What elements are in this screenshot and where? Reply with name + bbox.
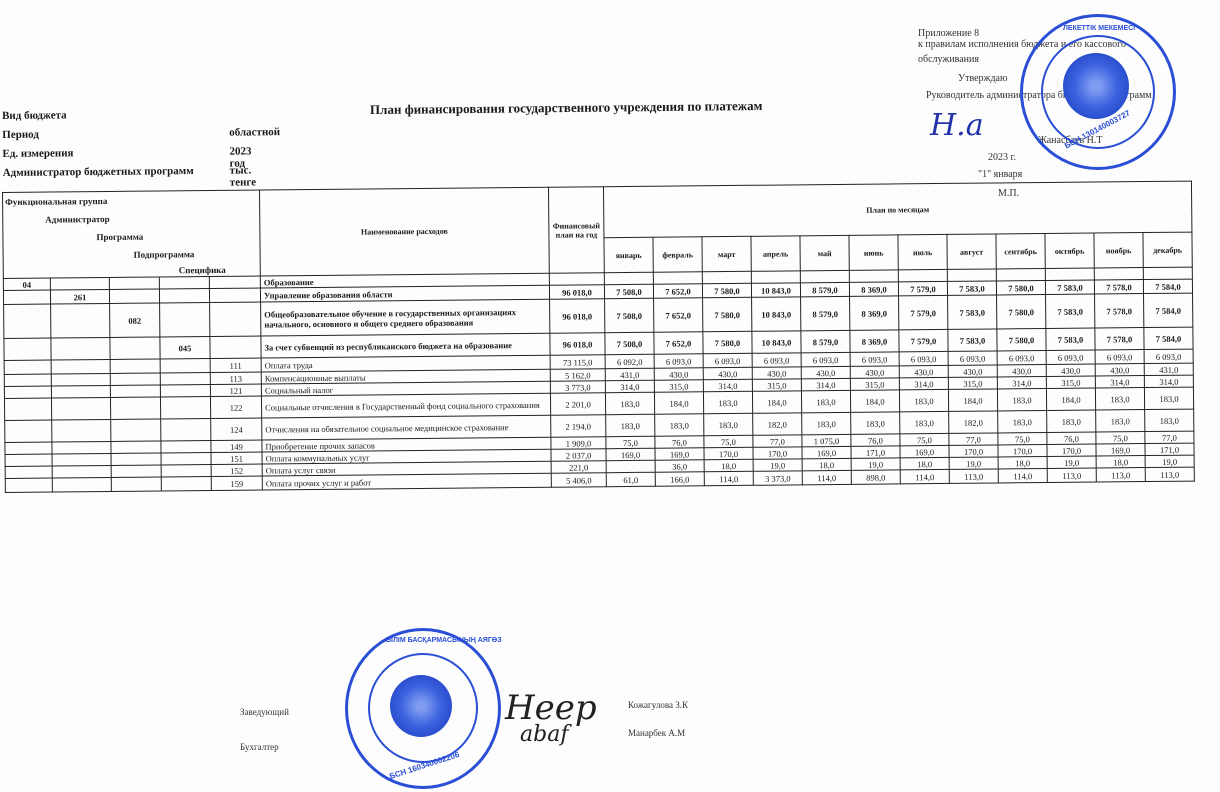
code-cell <box>159 277 209 289</box>
code-cell <box>50 277 109 290</box>
month-value-cell: 183,0 <box>703 391 752 413</box>
header-month: март <box>702 236 751 271</box>
month-value-cell <box>800 270 849 282</box>
month-value-cell: 75,0 <box>704 435 753 447</box>
month-value-cell: 170,0 <box>753 447 802 459</box>
code-cell <box>109 289 159 303</box>
header-functional-group: Функциональная группа <box>5 196 107 207</box>
month-value-cell: 18,0 <box>998 456 1047 468</box>
month-value-cell: 113,0 <box>949 469 998 483</box>
month-value-cell: 183,0 <box>899 389 948 411</box>
month-value-cell: 7 580,0 <box>996 280 1045 294</box>
month-value-cell: 430,0 <box>899 365 948 377</box>
month-value-cell: 6 093,0 <box>948 351 997 365</box>
code-cell <box>51 337 110 360</box>
code-cell: 04 <box>3 278 50 290</box>
month-value-cell: 183,0 <box>1096 410 1145 432</box>
month-value-cell: 7 579,0 <box>898 281 947 295</box>
header-program: Программа <box>96 232 143 242</box>
code-cell <box>3 290 50 304</box>
month-value-cell: 7 584,0 <box>1144 293 1193 327</box>
month-value-cell: 315,0 <box>654 380 703 392</box>
month-value-cell: 75,0 <box>900 433 949 445</box>
month-value-cell: 183,0 <box>1144 387 1193 409</box>
stamp-ring-text: БІЛІМ БАСҚАРМАСЫНЫҢ АЯГӨЗ <box>386 637 502 644</box>
month-value-cell: 183,0 <box>605 392 654 414</box>
month-value-cell: 430,0 <box>948 365 997 377</box>
month-value-cell: 6 093,0 <box>997 350 1046 364</box>
month-value-cell: 169,0 <box>802 446 851 458</box>
code-cell <box>52 419 111 442</box>
header-month: август <box>947 234 996 269</box>
approval-line: "1" января <box>978 169 1152 180</box>
month-value-cell: 182,0 <box>949 411 998 433</box>
code-cell <box>209 276 260 288</box>
code-cell: 045 <box>160 337 210 359</box>
month-value-cell: 18,0 <box>1096 456 1145 468</box>
month-value-cell: 183,0 <box>655 414 704 436</box>
code-cell <box>110 397 160 419</box>
month-value-cell: 314,0 <box>899 377 948 389</box>
month-value-cell: 3 373,0 <box>753 471 802 485</box>
code-cell <box>51 397 110 420</box>
month-value-cell: 18,0 <box>704 459 753 471</box>
month-value-cell: 314,0 <box>1095 376 1144 388</box>
emblem-icon <box>1063 53 1129 119</box>
month-value-cell: 7 652,0 <box>653 284 702 298</box>
meta-label: Ед. измерения <box>2 147 73 160</box>
month-value-cell: 77,0 <box>949 433 998 445</box>
month-value-cell: 8 579,0 <box>801 330 850 352</box>
code-cell <box>160 373 210 385</box>
month-value-cell: 430,0 <box>801 366 850 378</box>
month-value-cell <box>947 269 996 281</box>
month-value-cell <box>606 460 655 472</box>
month-value-cell: 114,0 <box>704 471 753 485</box>
month-value-cell: 76,0 <box>851 434 900 446</box>
month-value-cell: 184,0 <box>1046 388 1095 410</box>
code-cell <box>4 386 51 398</box>
month-value-cell: 7 578,0 <box>1095 294 1144 328</box>
month-value-cell: 7 583,0 <box>948 295 997 329</box>
code-cell <box>161 453 211 465</box>
month-value-cell: 10 843,0 <box>752 297 801 331</box>
accountant-name: Манарбек А.М <box>628 728 685 738</box>
header-month: июнь <box>849 235 898 270</box>
month-value-cell: 183,0 <box>1095 388 1144 410</box>
month-value-cell: 8 579,0 <box>800 282 849 296</box>
month-value-cell: 169,0 <box>1096 444 1145 456</box>
month-value-cell: 171,0 <box>1145 443 1194 455</box>
month-value-cell <box>604 272 653 284</box>
month-value-cell: 171,0 <box>851 446 900 458</box>
month-value-cell: 6 093,0 <box>1046 350 1095 364</box>
month-value-cell: 430,0 <box>850 366 899 378</box>
head-name: Кожагулова З.К <box>628 700 688 710</box>
header-month: сентябрь <box>996 233 1045 268</box>
month-value-cell: 170,0 <box>1047 444 1096 456</box>
header-month: январь <box>604 237 653 272</box>
month-value-cell: 8 579,0 <box>801 296 850 330</box>
month-value-cell: 8 369,0 <box>850 296 899 330</box>
code-cell <box>5 454 52 466</box>
month-value-cell: 183,0 <box>802 412 851 434</box>
month-value-cell: 18,0 <box>900 457 949 469</box>
month-value-cell: 314,0 <box>801 378 850 390</box>
month-value-cell: 170,0 <box>998 444 1047 456</box>
annual-plan-cell: 73 115,0 <box>550 355 605 370</box>
header-expense-name: Наименование расходов <box>259 187 549 276</box>
month-value-cell: 7 578,0 <box>1095 328 1144 350</box>
month-value-cell: 183,0 <box>704 413 753 435</box>
month-value-cell: 7 583,0 <box>1046 328 1095 350</box>
month-value-cell: 113,0 <box>1047 468 1096 482</box>
month-value-cell <box>898 269 947 281</box>
meta-row: Вид бюджета <box>2 108 193 129</box>
month-value-cell: 75,0 <box>998 432 1047 444</box>
expense-name-cell: Общеобразовательное обучение в государст… <box>261 299 550 336</box>
month-value-cell: 183,0 <box>1145 409 1194 431</box>
month-value-cell: 183,0 <box>900 411 949 433</box>
header-subprogram: Подпрограмма <box>134 249 195 260</box>
code-cell <box>4 304 51 338</box>
month-value-cell: 77,0 <box>1145 431 1194 443</box>
expense-name-cell: Отчисления на обязательное социальное ме… <box>262 415 551 440</box>
month-value-cell: 10 843,0 <box>752 331 801 353</box>
month-value-cell: 19,0 <box>851 458 900 470</box>
month-value-cell: 7 580,0 <box>997 328 1046 350</box>
month-value-cell <box>996 268 1045 280</box>
code-cell: 152 <box>211 464 262 476</box>
code-cell <box>210 302 261 336</box>
month-value-cell: 183,0 <box>801 390 850 412</box>
month-value-cell: 430,0 <box>654 368 703 380</box>
code-cell <box>109 277 159 289</box>
meta-row: Ед. измерения2023 год <box>2 146 193 167</box>
month-value-cell: 314,0 <box>997 376 1046 388</box>
official-stamp-top: БСН 130140003727 ЛЕКЕТТІК МЕКЕМЕСІ <box>1020 14 1176 170</box>
annual-plan-cell: 96 018,0 <box>550 299 605 334</box>
month-value-cell <box>653 272 702 284</box>
month-value-cell <box>849 270 898 282</box>
code-cell: 261 <box>50 289 109 304</box>
month-value-cell: 184,0 <box>654 392 703 414</box>
code-cell: 113 <box>210 372 261 384</box>
hierarchy-header: Функциональная группа Администратор Прог… <box>3 190 261 278</box>
month-value-cell: 7 580,0 <box>702 283 751 297</box>
meta-label: Вид бюджета <box>2 109 67 122</box>
code-cell <box>111 419 161 441</box>
month-value-cell: 182,0 <box>753 413 802 435</box>
code-cell: 122 <box>210 396 261 418</box>
month-value-cell: 183,0 <box>606 414 655 436</box>
annual-plan-cell: 2 194,0 <box>551 415 606 438</box>
code-cell <box>111 453 161 465</box>
meta-label: Период <box>2 129 39 141</box>
document-meta: Вид бюджетаПериодобластнойЕд. измерения2… <box>2 108 194 186</box>
month-value-cell: 170,0 <box>949 445 998 457</box>
month-value-cell <box>1094 268 1143 280</box>
code-cell <box>4 360 51 374</box>
signature-accountant: abaf <box>520 722 568 747</box>
month-value-cell: 314,0 <box>1144 375 1193 387</box>
code-cell <box>111 441 161 453</box>
month-value-cell: 7 583,0 <box>1045 280 1094 294</box>
code-cell: 149 <box>211 440 262 452</box>
code-cell <box>160 359 210 373</box>
month-value-cell: 169,0 <box>655 448 704 460</box>
code-cell <box>4 374 51 386</box>
month-value-cell: 75,0 <box>606 436 655 448</box>
code-cell <box>52 477 111 492</box>
code-cell <box>161 465 211 477</box>
month-value-cell: 7 508,0 <box>604 284 653 298</box>
month-value-cell: 183,0 <box>1047 410 1096 432</box>
code-cell <box>161 477 211 491</box>
header-month: май <box>800 235 849 270</box>
code-cell <box>209 288 260 302</box>
month-value-cell: 6 093,0 <box>654 354 703 368</box>
code-cell <box>110 359 160 373</box>
month-value-cell: 315,0 <box>850 378 899 390</box>
month-value-cell: 6 093,0 <box>752 353 801 367</box>
month-value-cell: 7 584,0 <box>1144 327 1193 349</box>
month-value-cell: 6 093,0 <box>1144 349 1193 363</box>
emblem-icon <box>390 675 452 737</box>
code-cell <box>210 336 261 358</box>
code-cell <box>52 441 111 454</box>
code-cell: 151 <box>211 452 262 464</box>
month-value-cell: 7 580,0 <box>703 331 752 353</box>
head-label: Заведующий <box>240 707 289 717</box>
month-value-cell: 10 843,0 <box>751 283 800 297</box>
month-value-cell: 113,0 <box>1096 468 1145 482</box>
header-month: октябрь <box>1045 233 1094 268</box>
month-value-cell: 6 093,0 <box>1095 350 1144 364</box>
month-value-cell: 7 652,0 <box>654 298 703 332</box>
month-value-cell: 430,0 <box>752 367 801 379</box>
header-month: апрель <box>751 236 800 271</box>
code-cell <box>52 465 111 478</box>
month-value-cell: 7 578,0 <box>1094 280 1143 294</box>
month-value-cell: 7 583,0 <box>948 329 997 351</box>
code-cell <box>51 373 110 386</box>
code-cell <box>111 465 161 477</box>
month-value-cell: 183,0 <box>998 410 1047 432</box>
header-specifics: Специфика <box>179 265 226 275</box>
code-cell <box>5 420 52 442</box>
header-month: ноябрь <box>1094 233 1143 268</box>
month-value-cell: 76,0 <box>1047 432 1096 444</box>
month-value-cell: 7 652,0 <box>654 332 703 354</box>
code-cell <box>5 442 52 454</box>
month-value-cell: 7 583,0 <box>947 281 996 295</box>
code-cell <box>160 397 210 419</box>
month-value-cell: 18,0 <box>802 458 851 470</box>
code-cell: 111 <box>210 358 261 372</box>
month-value-cell: 169,0 <box>900 445 949 457</box>
month-value-cell: 113,0 <box>1145 467 1194 481</box>
meta-label: Администратор бюджетных программ <box>3 165 194 179</box>
month-value-cell: 6 093,0 <box>703 353 752 367</box>
expense-name-cell: Оплата прочих услуг и работ <box>262 473 551 490</box>
month-value-cell: 114,0 <box>802 470 851 484</box>
header-month: декабрь <box>1143 232 1192 267</box>
month-value-cell: 7 508,0 <box>605 332 654 354</box>
month-value-cell: 6 093,0 <box>850 352 899 366</box>
header-month: февраль <box>653 237 702 272</box>
official-stamp-bottom: БСН 160340002206 БІЛІМ БАСҚАРМАСЫНЫҢ АЯГ… <box>345 628 501 789</box>
month-value-cell: 19,0 <box>1047 456 1096 468</box>
annual-plan-cell: 5 162,0 <box>550 369 605 382</box>
annual-plan-cell: 5 406,0 <box>551 473 606 488</box>
month-value-cell: 7 508,0 <box>605 298 654 332</box>
month-value-cell: 8 369,0 <box>849 282 898 296</box>
month-value-cell: 61,0 <box>606 472 655 486</box>
header-month: июль <box>898 234 947 269</box>
code-cell <box>51 359 110 374</box>
month-value-cell: 184,0 <box>752 391 801 413</box>
month-value-cell <box>1045 268 1094 280</box>
month-value-cell: 7 584,0 <box>1143 279 1192 293</box>
code-cell <box>51 303 110 338</box>
code-cell <box>161 419 211 441</box>
month-value-cell: 170,0 <box>704 447 753 459</box>
annual-plan-cell: 96 018,0 <box>550 333 605 356</box>
code-cell <box>111 477 161 491</box>
month-value-cell: 430,0 <box>703 367 752 379</box>
meta-row: Администратор бюджетных программтыс. тен… <box>3 165 194 186</box>
code-cell <box>160 303 210 337</box>
month-value-cell: 75,0 <box>1096 432 1145 444</box>
meta-row: Периодобластной <box>2 127 193 148</box>
code-cell <box>159 289 209 303</box>
page-title: План финансирования государственного учр… <box>370 98 763 118</box>
header-annual-plan: Финансовый план на год <box>548 187 604 274</box>
header-administrator: Администратор <box>45 214 109 225</box>
meta-value: областной <box>229 126 280 139</box>
code-cell <box>4 338 51 360</box>
code-cell <box>5 466 52 478</box>
month-value-cell: 898,0 <box>851 470 900 484</box>
code-cell <box>110 385 160 397</box>
annual-plan-cell: 221,0 <box>551 461 606 474</box>
annual-plan-cell: 3 773,0 <box>550 381 605 394</box>
month-value-cell: 6 093,0 <box>899 351 948 365</box>
stamp-ring-text: ЛЕКЕТТІК МЕКЕМЕСІ <box>1063 25 1135 32</box>
code-cell: 124 <box>211 418 262 440</box>
month-value-cell: 76,0 <box>655 436 704 448</box>
month-value-cell: 1 075,0 <box>802 434 851 446</box>
financing-plan-table: Функциональная группа Администратор Прог… <box>2 181 1195 493</box>
month-value-cell: 19,0 <box>753 459 802 471</box>
month-value-cell: 184,0 <box>850 390 899 412</box>
annual-plan-cell: 96 018,0 <box>549 285 604 300</box>
annual-plan-cell: 2 037,0 <box>551 449 606 462</box>
signature-top: H.a <box>930 108 984 143</box>
month-value-cell: 19,0 <box>1145 455 1194 467</box>
month-value-cell: 166,0 <box>655 472 704 486</box>
month-value-cell: 431,0 <box>605 368 654 380</box>
month-value-cell: 77,0 <box>753 435 802 447</box>
code-cell: 159 <box>211 476 262 490</box>
expense-name-cell: Социальные отчисления в Государственный … <box>261 393 550 418</box>
month-value-cell: 315,0 <box>1046 376 1095 388</box>
accountant-label: Бухгалтер <box>240 742 279 752</box>
month-value-cell: 114,0 <box>998 468 1047 482</box>
code-cell <box>110 337 160 359</box>
month-value-cell: 7 583,0 <box>1046 294 1095 328</box>
month-value-cell: 19,0 <box>949 457 998 469</box>
month-value-cell: 169,0 <box>606 448 655 460</box>
month-value-cell: 315,0 <box>752 379 801 391</box>
code-cell: 082 <box>110 303 160 337</box>
month-value-cell: 7 580,0 <box>703 297 752 331</box>
month-value-cell: 7 579,0 <box>899 329 948 351</box>
month-value-cell: 36,0 <box>655 460 704 472</box>
month-value-cell: 430,0 <box>1095 364 1144 376</box>
month-value-cell <box>1143 267 1192 279</box>
month-value-cell: 430,0 <box>997 364 1046 376</box>
code-cell: 121 <box>210 384 261 396</box>
code-cell <box>52 453 111 466</box>
code-cell <box>161 441 211 453</box>
month-value-cell: 8 369,0 <box>850 330 899 352</box>
code-cell <box>4 398 51 420</box>
annual-plan-cell: 2 201,0 <box>550 393 605 416</box>
month-value-cell: 6 093,0 <box>801 352 850 366</box>
month-value-cell: 315,0 <box>948 377 997 389</box>
code-cell <box>51 385 110 398</box>
month-value-cell: 314,0 <box>605 380 654 392</box>
expense-name-cell: За счет субвенций из республиканского бю… <box>261 333 550 358</box>
month-value-cell: 183,0 <box>851 412 900 434</box>
code-cell <box>160 385 210 397</box>
month-value-cell: 314,0 <box>703 379 752 391</box>
annual-plan-cell: 1 909,0 <box>551 437 606 450</box>
month-value-cell <box>751 271 800 283</box>
annual-plan-cell <box>549 273 604 286</box>
month-value-cell: 431,0 <box>1144 363 1193 375</box>
month-value-cell: 7 580,0 <box>997 294 1046 328</box>
month-value-cell: 6 092,0 <box>605 354 654 368</box>
month-value-cell: 7 579,0 <box>899 295 948 329</box>
month-value-cell: 114,0 <box>900 469 949 483</box>
month-value-cell: 430,0 <box>1046 364 1095 376</box>
month-value-cell: 184,0 <box>948 389 997 411</box>
month-value-cell: 183,0 <box>997 388 1046 410</box>
code-cell <box>5 478 52 492</box>
meta-value: тыс. тенге <box>230 164 257 188</box>
header-monthly-plan: План по месяцам <box>603 181 1191 238</box>
code-cell <box>110 373 160 385</box>
month-value-cell <box>702 271 751 283</box>
